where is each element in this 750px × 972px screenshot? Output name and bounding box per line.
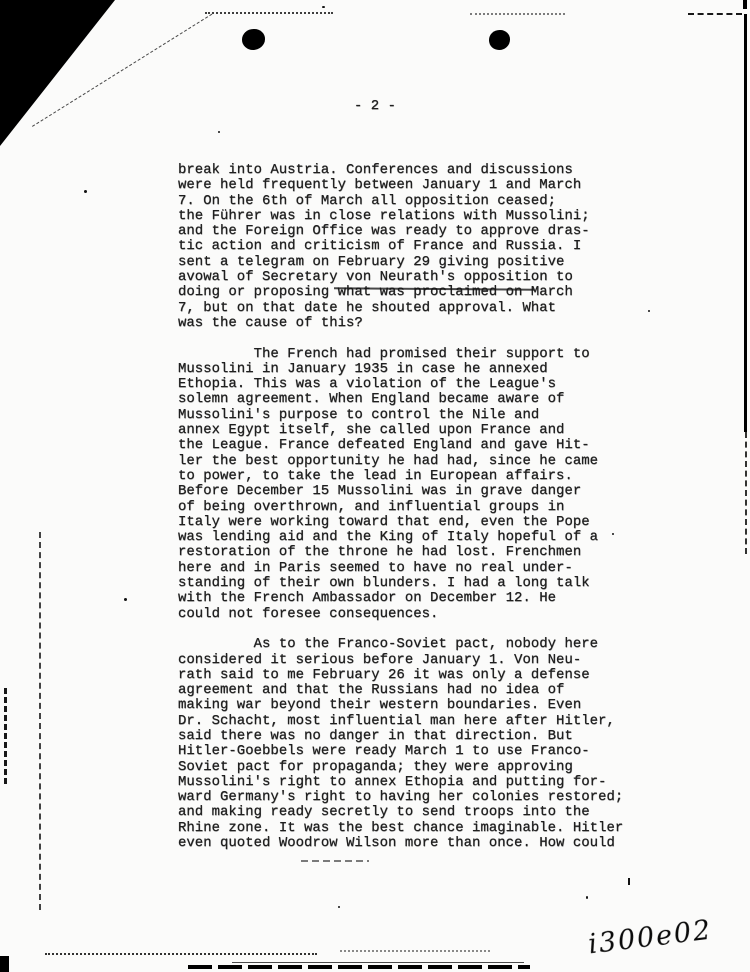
scan-corner-mark-top-right <box>743 0 747 9</box>
scan-edge-dots-top-center <box>470 13 565 15</box>
page-number: - 2 - <box>330 99 420 114</box>
toner-speck <box>84 190 87 193</box>
toner-speck <box>648 310 650 312</box>
left-margin-fold-line <box>39 532 41 910</box>
scan-edge-marks-left <box>4 688 7 784</box>
paragraph-rhineland-opposition: break into Austria. Conferences and disc… <box>178 163 638 331</box>
letter-body: break into Austria. Conferences and disc… <box>178 163 638 867</box>
toner-speck <box>322 6 325 8</box>
scanned-document-page: { "document": { "page_number_label": "- … <box>0 0 750 972</box>
scan-edge-line-right <box>744 14 747 432</box>
scan-edge-line-right-faded <box>745 432 747 554</box>
paragraph-french-promise: The French had promised their support to… <box>178 347 638 622</box>
scan-bottom-border-line <box>232 962 524 963</box>
scan-corner-mark-bottom-left <box>0 956 9 972</box>
scan-edge-dots-bottom <box>45 953 317 955</box>
hole-punch-left <box>242 29 265 50</box>
scan-bottom-border-bar <box>188 965 530 969</box>
pen-underline-woodrow-wilson <box>301 860 369 862</box>
toner-speck <box>628 878 630 885</box>
toner-speck <box>586 896 588 899</box>
scan-edge-dots-top-right <box>688 13 742 15</box>
hole-punch-right <box>489 30 510 50</box>
scan-edge-dots-bottom-faint <box>340 950 490 952</box>
paragraph-franco-soviet-pact: As to the Franco-Soviet pact, nobody her… <box>178 637 638 851</box>
scan-corner-fold-shadow <box>0 0 118 150</box>
toner-speck <box>338 906 340 908</box>
toner-speck <box>124 598 127 601</box>
handwritten-archive-number: i300e02 <box>587 915 714 961</box>
toner-speck <box>218 131 220 133</box>
scan-edge-dots-top-left <box>205 12 333 14</box>
